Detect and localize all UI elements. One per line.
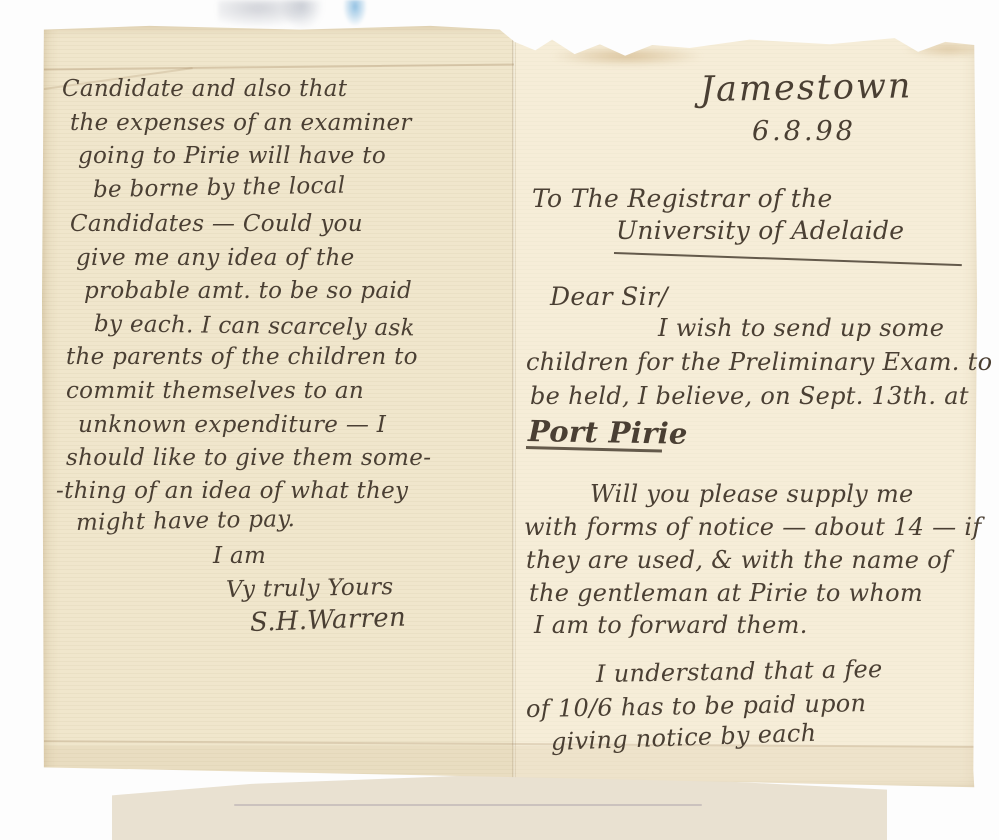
letter-line: should like to give them some-: [66, 445, 431, 471]
heading-date: 6.8.98: [752, 116, 856, 147]
letter-line: -thing of an idea of what they: [56, 478, 408, 504]
letter-line: Candidates — Could you: [70, 211, 363, 237]
letter-line: commit themselves to an: [66, 378, 364, 404]
letter-line: give me any idea of the: [76, 245, 355, 271]
gray-smudge-mark: [280, 0, 324, 30]
center-fold-crease: [512, 22, 516, 788]
scanned-letter: Candidate and also that the expenses of …: [0, 0, 999, 840]
letter-line: the expenses of an examiner: [70, 110, 412, 136]
letter-line: with forms of notice — about 14 — if: [524, 513, 982, 541]
top-left-crease: [44, 64, 514, 71]
letter-line: I am to forward them.: [534, 611, 808, 639]
heading-place: Jamestown: [700, 66, 913, 110]
addressee-line: To The Registrar of the: [532, 184, 833, 213]
letter-line: unknown expenditure — I: [78, 412, 386, 438]
letter-line: Will you please supply me: [590, 480, 914, 508]
closing-valediction: Vy truly Yours: [226, 574, 394, 603]
letter-line: children for the Preliminary Exam. to: [526, 348, 992, 376]
signature: S.H.Warren: [249, 603, 406, 638]
letter-line: going to Pirie will have to: [78, 143, 386, 169]
letter-line: the gentleman at Pirie to whom: [529, 579, 923, 607]
letter-line: probable amt. to be so paid: [84, 278, 412, 304]
letter-line: be borne by the local: [93, 173, 346, 203]
letter-line: I understand that a fee: [596, 655, 883, 688]
under-sheet-crease: [234, 804, 702, 806]
blue-ink-mark: [343, 0, 367, 26]
letter-line: I wish to send up some: [658, 314, 944, 342]
salutation: Dear Sir/: [550, 282, 668, 311]
addressee-line: University of Adelaide: [616, 216, 904, 245]
letter-line: be held, I believe, on Sept. 13th. at: [530, 382, 969, 410]
closing-i-am: I am: [213, 543, 266, 569]
letter-line: Candidate and also that: [62, 76, 347, 102]
letter-line: by each. I can scarcely ask: [94, 311, 415, 341]
letter-line: the parents of the children to: [66, 344, 418, 370]
place-emphasis: Port Pirie: [528, 414, 688, 451]
letter-line: might have to pay.: [76, 506, 296, 536]
letter-line: they are used, & with the name of: [526, 546, 951, 574]
gray-smudge-mark: [218, 0, 318, 28]
